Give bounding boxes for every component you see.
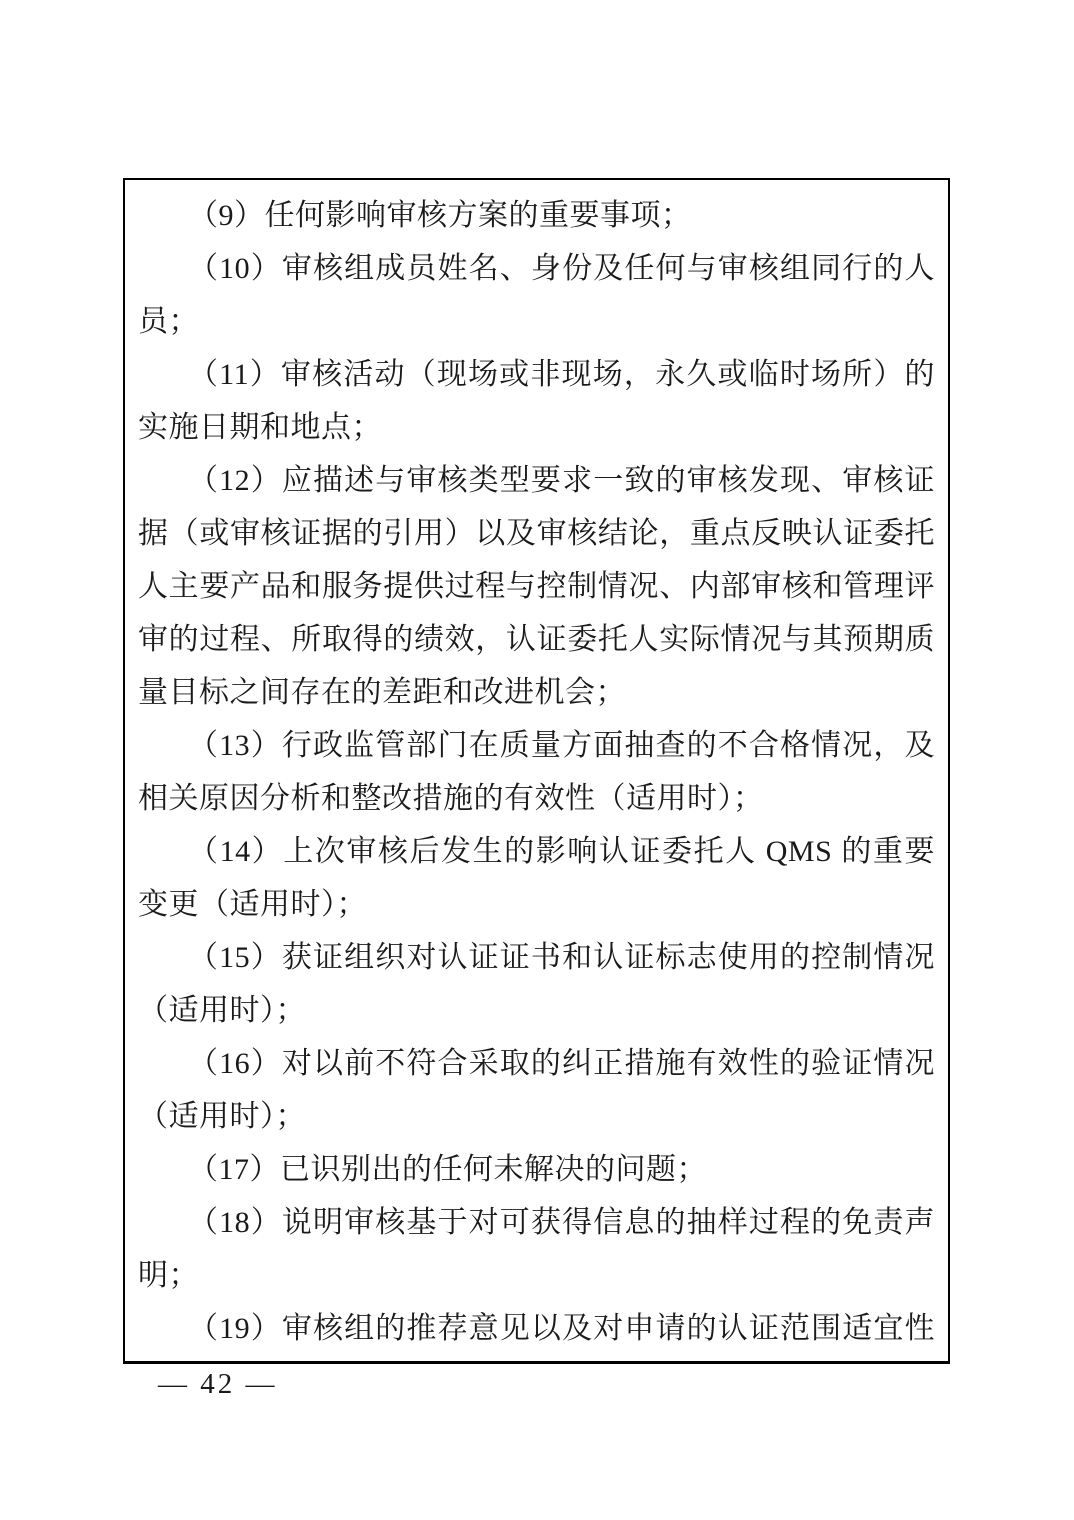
list-item-13: （13）行政监管部门在质量方面抽查的不合格情况，及相关原因分析和整改措施的有效性…	[138, 719, 935, 825]
list-item-15: （15）获证组织对认证证书和认证标志使用的控制情况（适用时）；	[138, 931, 935, 1037]
list-item-19: （19）审核组的推荐意见以及对申请的认证范围适宜性的结论。	[138, 1302, 935, 1364]
list-item-10: （10）审核组成员姓名、身份及任何与审核组同行的人员；	[138, 242, 935, 348]
list-item-17: （17）已识别出的任何未解决的问题；	[138, 1143, 935, 1196]
list-item-12: （12）应描述与审核类型要求一致的审核发现、审核证据（或审核证据的引用）以及审核…	[138, 454, 935, 719]
list-item-9: （9）任何影响审核方案的重要事项；	[138, 189, 935, 242]
list-item-18: （18）说明审核基于对可获得信息的抽样过程的免责声明；	[138, 1196, 935, 1302]
list-item-14: （14）上次审核后发生的影响认证委托人 QMS 的重要变更（适用时）；	[138, 825, 935, 931]
page-number: — 42 —	[158, 1368, 278, 1401]
document-content-frame: （9）任何影响审核方案的重要事项； （10）审核组成员姓名、身份及任何与审核组同…	[123, 178, 950, 1364]
list-item-16: （16）对以前不符合采取的纠正措施有效性的验证情况（适用时）；	[138, 1037, 935, 1143]
list-item-11: （11）审核活动（现场或非现场，永久或临时场所）的实施日期和地点；	[138, 348, 935, 454]
